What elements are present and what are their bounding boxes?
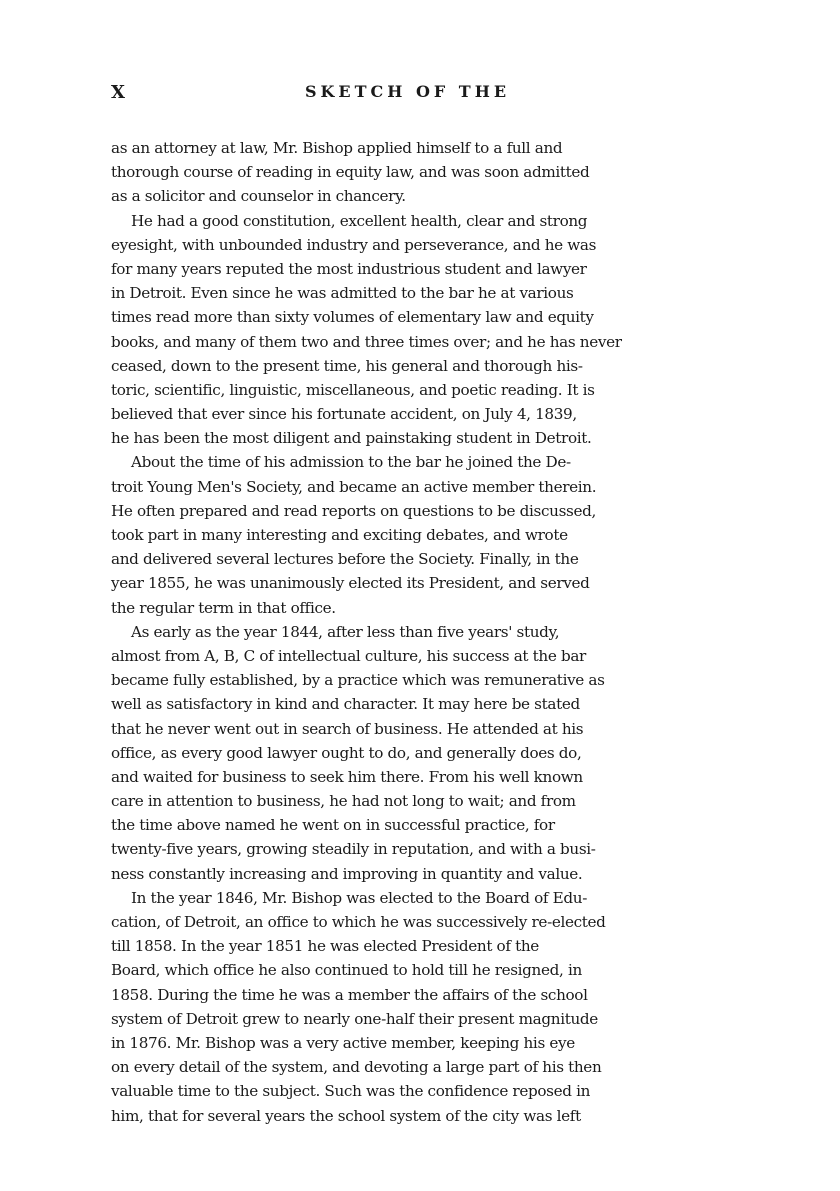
- text-line: as an attorney at law, Mr. Bishop applie…: [111, 136, 684, 160]
- text-line: till 1858. In the year 1851 he was elect…: [111, 934, 684, 958]
- paragraph: In the year 1846, Mr. Bishop was elected…: [111, 886, 684, 1128]
- text-line: for many years reputed the most industri…: [111, 257, 684, 281]
- text-line: He had a good constitution, excellent he…: [111, 209, 684, 233]
- text-line: thorough course of reading in equity law…: [111, 160, 684, 184]
- text-line: system of Detroit grew to nearly one-hal…: [111, 1007, 684, 1031]
- text-line: office, as every good lawyer ought to do…: [111, 741, 684, 765]
- text-line: ness constantly increasing and improving…: [111, 862, 684, 886]
- running-head: X SKETCH OF THE: [111, 80, 684, 106]
- text-line: In the year 1846, Mr. Bishop was elected…: [111, 886, 684, 910]
- text-line: ceased, down to the present time, his ge…: [111, 354, 684, 378]
- text-line: year 1855, he was unanimously elected it…: [111, 571, 684, 595]
- text-line: and waited for business to seek him ther…: [111, 765, 684, 789]
- text-line: took part in many interesting and exciti…: [111, 523, 684, 547]
- paragraph: as an attorney at law, Mr. Bishop applie…: [111, 136, 684, 209]
- text-line: that he never went out in search of busi…: [111, 717, 684, 741]
- text-line: he has been the most diligent and painst…: [111, 426, 684, 450]
- paragraph: About the time of his admission to the b…: [111, 450, 684, 619]
- text-line: valuable time to the subject. Such was t…: [111, 1079, 684, 1103]
- text-line: the time above named he went on in succe…: [111, 813, 684, 837]
- text-line: toric, scientific, linguistic, miscellan…: [111, 378, 684, 402]
- text-line: the regular term in that office.: [111, 596, 684, 620]
- text-line: About the time of his admission to the b…: [111, 450, 684, 474]
- text-line: and delivered several lectures before th…: [111, 547, 684, 571]
- paragraph: As early as the year 1844, after less th…: [111, 620, 684, 886]
- running-head-title: SKETCH OF THE: [111, 82, 684, 101]
- text-line: believed that ever since his fortunate a…: [111, 402, 684, 426]
- text-line: well as satisfactory in kind and charact…: [111, 692, 684, 716]
- text-line: became fully established, by a practice …: [111, 668, 684, 692]
- text-line: He often prepared and read reports on qu…: [111, 499, 684, 523]
- body-text: as an attorney at law, Mr. Bishop applie…: [111, 136, 684, 1128]
- text-line: books, and many of them two and three ti…: [111, 330, 684, 354]
- text-line: in Detroit. Even since he was admitted t…: [111, 281, 684, 305]
- text-line: almost from A, B, C of intellectual cult…: [111, 644, 684, 668]
- text-line: eyesight, with unbounded industry and pe…: [111, 233, 684, 257]
- text-line: as a solicitor and counselor in chancery…: [111, 184, 684, 208]
- text-line: on every detail of the system, and devot…: [111, 1055, 684, 1079]
- text-line: 1858. During the time he was a member th…: [111, 983, 684, 1007]
- text-line: cation, of Detroit, an office to which h…: [111, 910, 684, 934]
- text-line: times read more than sixty volumes of el…: [111, 305, 684, 329]
- book-page: X SKETCH OF THE as an attorney at law, M…: [111, 80, 684, 1128]
- text-line: care in attention to business, he had no…: [111, 789, 684, 813]
- text-line: troit Young Men's Society, and became an…: [111, 475, 684, 499]
- paragraph: He had a good constitution, excellent he…: [111, 209, 684, 451]
- text-line: in 1876. Mr. Bishop was a very active me…: [111, 1031, 684, 1055]
- text-line: him, that for several years the school s…: [111, 1104, 684, 1128]
- text-line: Board, which office he also continued to…: [111, 958, 684, 982]
- text-line: As early as the year 1844, after less th…: [111, 620, 684, 644]
- text-line: twenty-five years, growing steadily in r…: [111, 837, 684, 861]
